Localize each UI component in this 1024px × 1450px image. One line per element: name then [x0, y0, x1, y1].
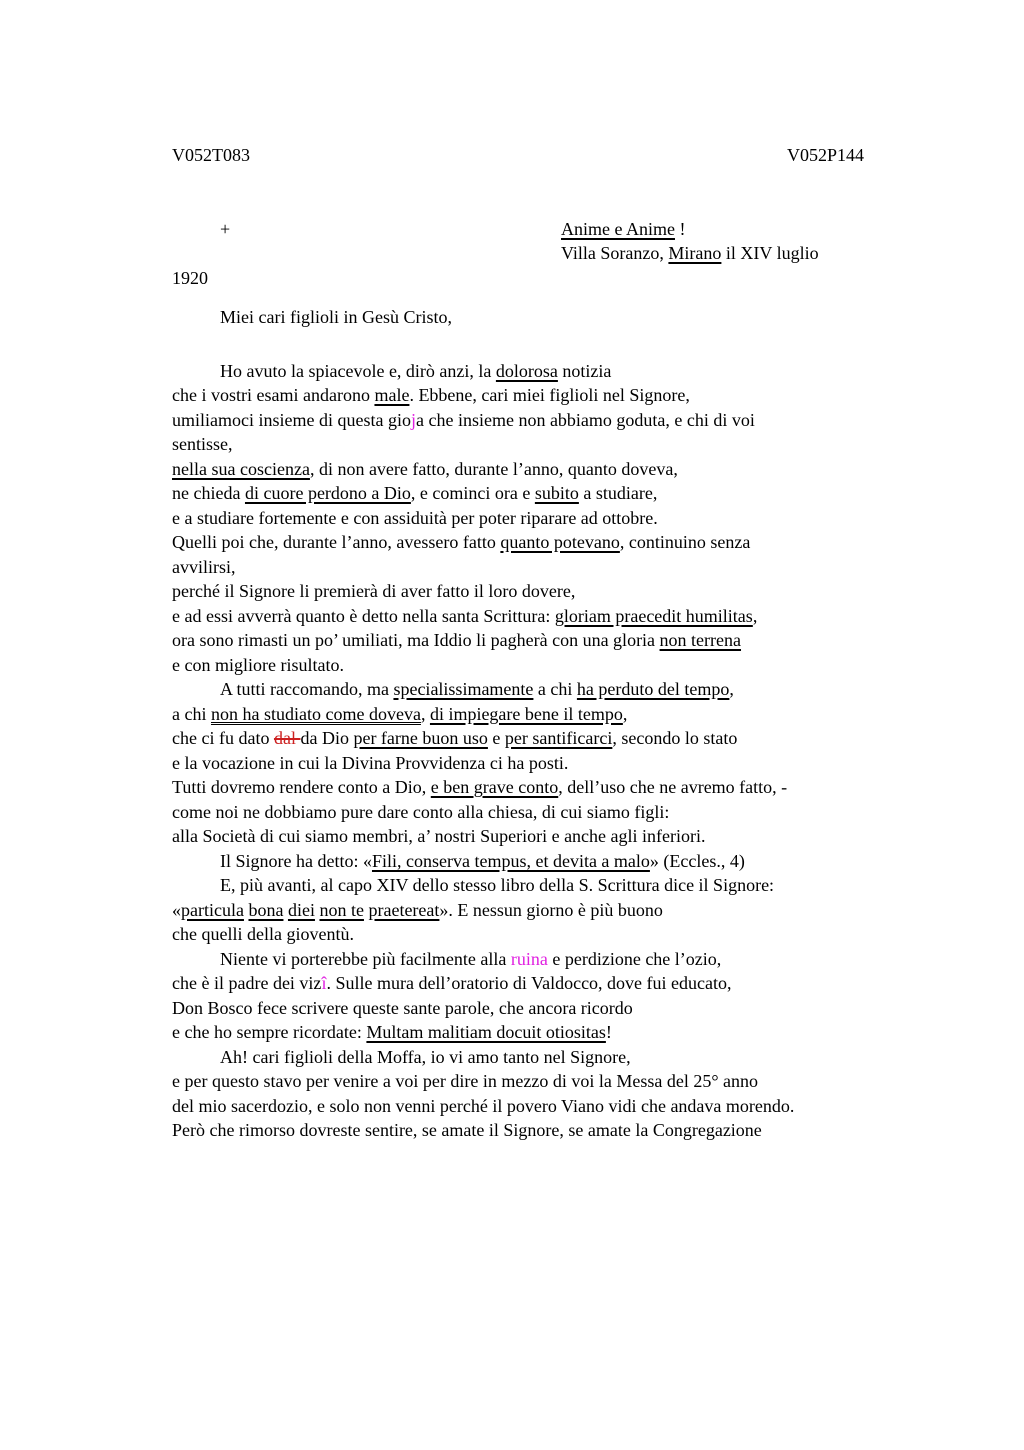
letter-line: che quelli della gioventù.	[172, 922, 864, 947]
text-segment: umiliamoci insieme di questa gio	[172, 410, 411, 430]
text-segment: che quelli della gioventù.	[172, 924, 354, 944]
letter-line: ne chieda di cuore perdono a Dio, e comi…	[172, 481, 864, 506]
text-segment: ora sono rimasti un po’ umiliati, ma Idd…	[172, 630, 660, 650]
text-segment: e	[488, 728, 505, 748]
text-segment: Ho avuto la spiacevole e, dirò anzi, la	[220, 361, 496, 381]
text-segment: del mio sacerdozio, e solo non venni per…	[172, 1096, 794, 1116]
cross-mark: +	[220, 217, 230, 242]
heading-block: + Anime e Anime ! Villa Soranzo, Mirano …	[172, 217, 864, 266]
letter-line: e a studiare fortemente e con assiduità …	[172, 506, 864, 531]
letter-line: e per questo stavo per venire a voi per …	[172, 1069, 864, 1094]
letter-line: che ci fu dato dal da Dio per farne buon…	[172, 726, 864, 751]
text-segment: , continuino senza	[620, 532, 750, 552]
text-segment: a che insieme non abbiamo goduta, e chi …	[416, 410, 755, 430]
text-segment: Quelli poi che, durante l’anno, avessero…	[172, 532, 500, 552]
letter-line: «particula bona diei non te praetereat».…	[172, 898, 864, 923]
text-segment: . Ebbene, cari miei figlioli nel Signore…	[409, 385, 689, 405]
text-segment: «	[172, 900, 181, 920]
text-segment: il XIV luglio	[721, 243, 818, 263]
letter-line: nella sua coscienza, di non avere fatto,…	[172, 457, 864, 482]
text-segment: gloriam praecedit humilitas	[555, 606, 753, 626]
letter-line: che è il padre dei vizî. Sulle mura dell…	[172, 971, 864, 996]
text-segment: perché il Signore li premierà di aver fa…	[172, 581, 575, 601]
letter-dateline: Villa Soranzo, Mirano il XIV luglio	[561, 241, 819, 266]
letter-line: e la vocazione in cui la Divina Provvide…	[172, 751, 864, 776]
text-segment: di cuore perdono a Dio	[245, 483, 411, 503]
text-segment: dal	[274, 728, 301, 748]
letter-line: avvilirsi,	[172, 555, 864, 580]
doc-code-right: V052P144	[787, 143, 864, 168]
text-segment: Don Bosco fece scrivere queste sante par…	[172, 998, 633, 1018]
text-segment: , dell’uso che ne avremo fatto, -	[558, 777, 787, 797]
text-segment: Fili, conserva tempus, et devita a malo	[372, 851, 650, 871]
letter-body: Ho avuto la spiacevole e, dirò anzi, la …	[172, 359, 864, 1143]
text-segment: a chi	[172, 704, 211, 724]
text-segment: A tutti raccomando, ma	[220, 679, 393, 699]
letter-line: del mio sacerdozio, e solo non venni per…	[172, 1094, 864, 1119]
text-segment: Il Signore ha detto: «	[220, 851, 372, 871]
text-segment: specialissimamente	[393, 679, 533, 699]
text-segment: ,	[753, 606, 758, 626]
letter-line: perché il Signore li premierà di aver fa…	[172, 579, 864, 604]
text-segment: Villa Soranzo,	[561, 243, 668, 263]
text-segment: Anime e Anime	[561, 219, 675, 239]
text-segment: , e cominci ora e	[411, 483, 535, 503]
text-segment: di impiegare bene il tempo	[430, 704, 623, 724]
text-segment: a chi	[533, 679, 576, 699]
text-segment: . Sulle mura dell’oratorio di Valdocco, …	[326, 973, 731, 993]
text-segment: che ci fu dato	[172, 728, 274, 748]
text-segment: particula	[181, 900, 244, 920]
header-row: V052T083 V052P144	[172, 143, 864, 168]
text-segment: ». E nessun giorno è più buono	[439, 900, 662, 920]
text-segment: avvilirsi,	[172, 557, 236, 577]
letter-line: Ah! cari figlioli della Moffa, io vi amo…	[172, 1045, 864, 1070]
text-segment: per santificarci	[505, 728, 612, 748]
text-segment: diei	[288, 900, 315, 920]
text-segment: e ben grave conto	[431, 777, 558, 797]
text-segment: subito	[535, 483, 579, 503]
text-segment: ne chieda	[172, 483, 245, 503]
text-segment: Ah! cari figlioli della Moffa, io vi amo…	[220, 1047, 631, 1067]
text-segment: E, più avanti, al capo XIV dello stesso …	[220, 875, 774, 895]
text-segment: ruina	[511, 949, 548, 969]
text-segment: ,	[623, 704, 628, 724]
letter-line: che i vostri esami andarono male. Ebbene…	[172, 383, 864, 408]
text-segment: che è il padre dei viz	[172, 973, 321, 993]
text-segment: Multam malitiam docuit otiositas	[366, 1022, 605, 1042]
text-segment: ,	[729, 679, 734, 699]
text-segment: per farne buon uso	[353, 728, 487, 748]
letter-line: Tutti dovremo rendere conto a Dio, e ben…	[172, 775, 864, 800]
text-segment: bona	[248, 900, 283, 920]
text-segment: , di non avere fatto, durante l’anno, qu…	[310, 459, 678, 479]
letter-line: e che ho sempre ricordate: Multam maliti…	[172, 1020, 864, 1045]
text-segment: che i vostri esami andarono	[172, 385, 374, 405]
text-segment: !	[606, 1022, 612, 1042]
text-segment: come noi ne dobbiamo pure dare conto all…	[172, 802, 669, 822]
letter-line: sentisse,	[172, 432, 864, 457]
text-segment: Tutti dovremo rendere conto a Dio,	[172, 777, 431, 797]
text-segment: quanto potevano	[500, 532, 619, 552]
letter-line: Ho avuto la spiacevole e, dirò anzi, la …	[172, 359, 864, 384]
text-segment: notizia	[558, 361, 611, 381]
text-segment: male	[374, 385, 409, 405]
text-segment: sentisse,	[172, 434, 233, 454]
text-segment: e ad essi avverrà quanto è detto nella s…	[172, 606, 555, 626]
text-segment: Mirano	[668, 243, 721, 263]
text-segment: e a studiare fortemente e con assiduità …	[172, 508, 658, 528]
letter-page: V052T083 V052P144 + Anime e Anime ! Vill…	[0, 0, 1024, 1450]
letter-line: Il Signore ha detto: «Fili, conserva tem…	[172, 849, 864, 874]
title-group: Anime e Anime ! Villa Soranzo, Mirano il…	[561, 217, 819, 266]
salutation: Miei cari figlioli in Gesù Cristo,	[172, 305, 864, 330]
text-segment: nella sua coscienza	[172, 459, 310, 479]
letter-line: ora sono rimasti un po’ umiliati, ma Idd…	[172, 628, 864, 653]
doc-code-left: V052T083	[172, 143, 250, 168]
letter-year: 1920	[172, 266, 864, 291]
letter-line: Niente vi porterebbe più facilmente alla…	[172, 947, 864, 972]
text-segment: e la vocazione in cui la Divina Provvide…	[172, 753, 568, 773]
letter-line: Però che rimorso dovreste sentire, se am…	[172, 1118, 864, 1143]
letter-line: Don Bosco fece scrivere queste sante par…	[172, 996, 864, 1021]
text-segment: Niente vi porterebbe più facilmente alla	[220, 949, 511, 969]
letter-line: Quelli poi che, durante l’anno, avessero…	[172, 530, 864, 555]
letter-title: Anime e Anime !	[561, 217, 819, 242]
text-segment: non te	[319, 900, 364, 920]
text-segment: ,	[421, 704, 430, 724]
text-segment: da Dio	[300, 728, 353, 748]
letter-line: E, più avanti, al capo XIV dello stesso …	[172, 873, 864, 898]
text-segment: !	[675, 219, 686, 239]
text-segment: » (Eccles., 4)	[650, 851, 745, 871]
letter-line: alla Società di cui siamo membri, a’ nos…	[172, 824, 864, 849]
text-segment: e con migliore risultato.	[172, 655, 344, 675]
letter-line: e ad essi avverrà quanto è detto nella s…	[172, 604, 864, 629]
text-segment: e che ho sempre ricordate:	[172, 1022, 366, 1042]
text-segment: e per questo stavo per venire a voi per …	[172, 1071, 758, 1091]
text-segment: a studiare,	[579, 483, 657, 503]
letter-line: a chi non ha studiato come doveva, di im…	[172, 702, 864, 727]
text-segment: Però che rimorso dovreste sentire, se am…	[172, 1120, 762, 1140]
text-segment: alla Società di cui siamo membri, a’ nos…	[172, 826, 706, 846]
text-segment: e perdizione che l’ozio,	[548, 949, 721, 969]
text-segment: non terrena	[660, 630, 741, 650]
text-segment: ha perduto del tempo	[577, 679, 729, 699]
text-segment: , secondo lo stato	[612, 728, 737, 748]
letter-line: e con migliore risultato.	[172, 653, 864, 678]
text-segment: dolorosa	[496, 361, 558, 381]
letter-line: A tutti raccomando, ma specialissimament…	[172, 677, 864, 702]
letter-line: come noi ne dobbiamo pure dare conto all…	[172, 800, 864, 825]
letter-line: umiliamoci insieme di questa gioja che i…	[172, 408, 864, 433]
text-segment: praetereat	[368, 900, 439, 920]
text-segment: non ha studiato come doveva	[211, 704, 421, 724]
